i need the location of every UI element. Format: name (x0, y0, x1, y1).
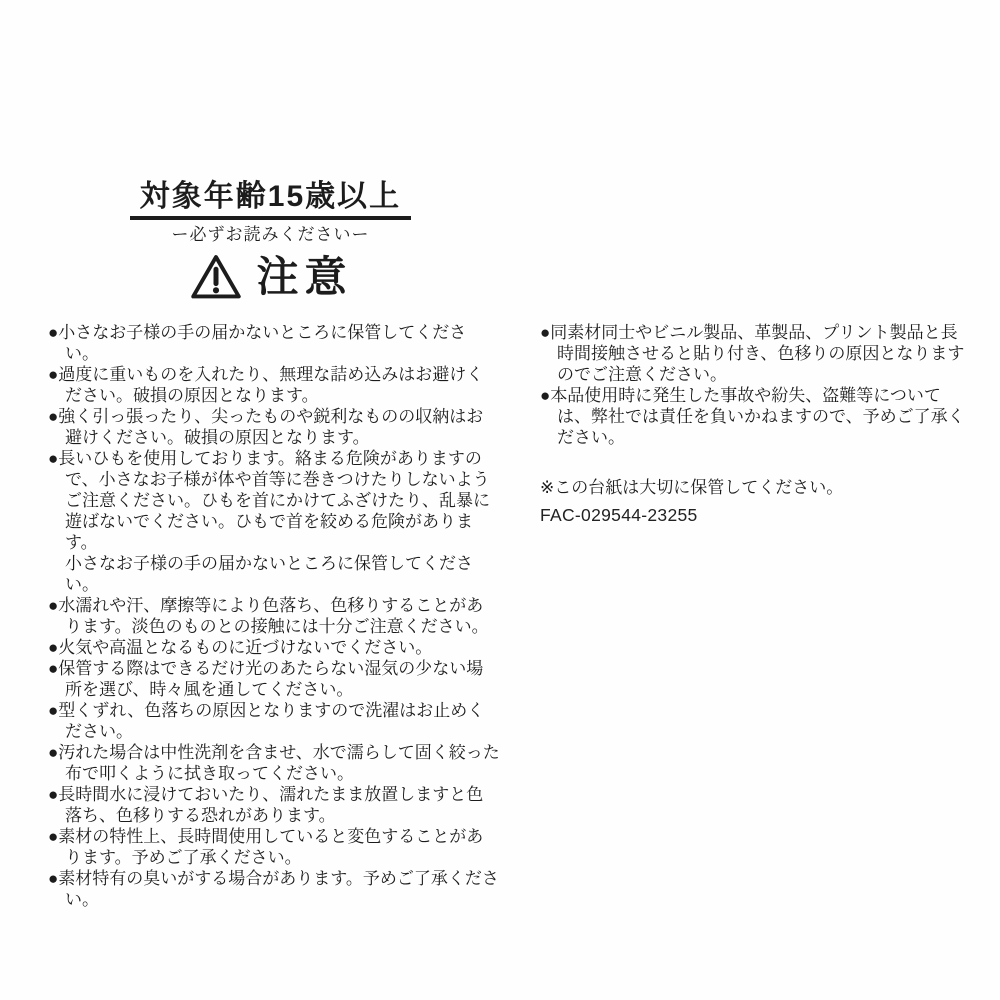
caution-heading: 注意 (18, 252, 523, 302)
caution-item: ●長時間水に浸けておいたり、濡れたまま放置しますと色落ち、色移りする恐れがありま… (48, 784, 500, 826)
caution-item: ●素材特有の臭いがする場合があります。予めご了承ください。 (48, 868, 500, 910)
caution-column-left: ●小さなお子様の手の届かないところに保管してください。 ●過度に重いものを入れた… (48, 322, 500, 910)
caution-item: ●保管する際はできるだけ光のあたらない湿気の少ない場所を選び、時々風を通してくだ… (48, 658, 500, 700)
product-code: FAC-029544-23255 (540, 505, 970, 526)
caution-item: ●汚れた場合は中性洗剤を含ませ、水で濡らして固く絞った布で叩くように拭き取ってく… (48, 742, 500, 784)
caution-title: 注意 (256, 256, 352, 298)
caution-item: ●本品使用時に発生した事故や紛失、盗難等については、弊社では責任を負いかねますの… (540, 385, 970, 448)
caution-item: ●同素材同士やビニル製品、革製品、プリント製品と長時間接触させると貼り付き、色移… (540, 322, 970, 385)
caution-list-left: ●小さなお子様の手の届かないところに保管してください。 ●過度に重いものを入れた… (48, 322, 500, 910)
caution-item: ●長いひもを使用しております。絡まる危険がありますので、小さなお子様が体や首等に… (48, 448, 500, 595)
must-read-subtitle: ー必ずお読みくださいー (18, 225, 523, 245)
age-restriction-title: 対象年齢15歳以上 (130, 180, 411, 220)
warning-triangle-icon (188, 252, 244, 302)
caution-item: ●火気や高温となるものに近づけないでください。 (48, 637, 500, 658)
caution-item: ●水濡れや汗、摩擦等により色落ち、色移りすることがあります。淡色のものとの接触に… (48, 595, 500, 637)
header: 対象年齢15歳以上 ー必ずお読みくださいー 注意 (18, 180, 523, 302)
caution-column-right: ●同素材同士やビニル製品、革製品、プリント製品と長時間接触させると貼り付き、色移… (540, 322, 970, 526)
keep-card-note: ※この台紙は大切に保管してください。 (540, 477, 970, 498)
caution-list-right: ●同素材同士やビニル製品、革製品、プリント製品と長時間接触させると貼り付き、色移… (540, 322, 970, 448)
caution-item: ●強く引っ張ったり、尖ったものや鋭利なものの収納はお避けください。破損の原因とな… (48, 406, 500, 448)
caution-sheet: 対象年齢15歳以上 ー必ずお読みくださいー 注意 ●小さなお子様の手の届かないと… (0, 0, 1000, 1000)
caution-item: ●型くずれ、色落ちの原因となりますので洗濯はお止めください。 (48, 700, 500, 742)
caution-item: ●小さなお子様の手の届かないところに保管してください。 (48, 322, 500, 364)
caution-item: ●素材の特性上、長時間使用していると変色することがあります。予めご了承ください。 (48, 826, 500, 868)
caution-item: ●過度に重いものを入れたり、無理な詰め込みはお避けください。破損の原因となります… (48, 364, 500, 406)
